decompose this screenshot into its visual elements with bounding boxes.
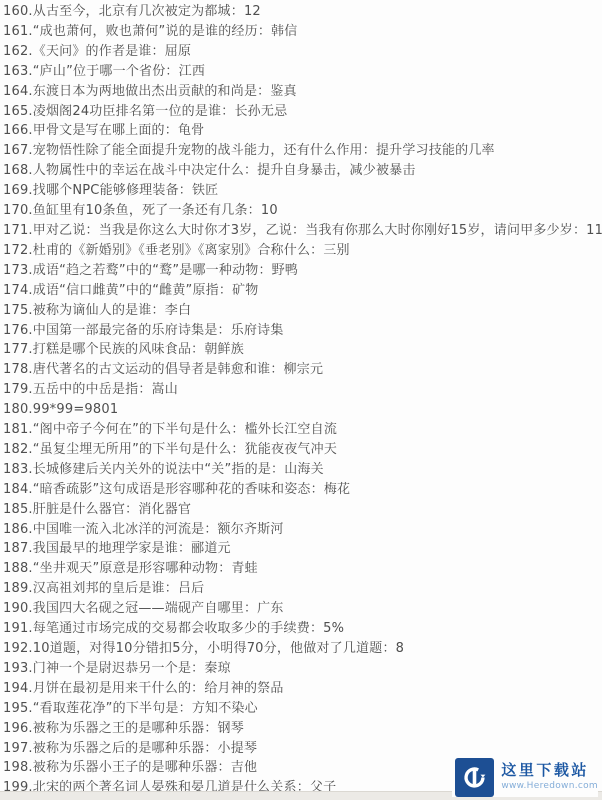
qa-line: 184.“暗香疏影”这句成语是形容哪种花的香味和姿态：梅花 <box>3 480 600 500</box>
qa-line: 190.我国四大名砚之冠——端砚产自哪里：广东 <box>3 599 600 619</box>
qa-line: 182.“虽复尘埋无所用”的下半句是什么：犹能夜夜气冲天 <box>3 440 600 460</box>
qa-line: 171.甲对乙说：当我是你这么大时你才3岁，乙说：当我有你那么大时你刚好15岁，… <box>3 221 600 241</box>
qa-line: 189.汉高祖刘邦的皇后是谁：吕后 <box>3 579 600 599</box>
qa-line: 161.“成也萧何，败也萧何”说的是谁的经历：韩信 <box>3 22 600 42</box>
qa-line: 173.成语“趋之若鹜”中的“鹜”是哪一种动物：野鸭 <box>3 261 600 281</box>
qa-line: 169.找哪个NPC能够修理装备：铁匠 <box>3 181 600 201</box>
qa-line: 178.唐代著名的古文运动的倡导者是韩愈和谁：柳宗元 <box>3 360 600 380</box>
qa-line: 180.99*99=9801 <box>3 400 600 420</box>
qa-line: 160.从古至今，北京有几次被定为都城：12 <box>3 2 600 22</box>
qa-line: 175.被称为谪仙人的是谁：李白 <box>3 301 600 321</box>
qa-line: 167.宠物悟性除了能全面提升宠物的战斗能力，还有什么作用：提升学习技能的几率 <box>3 141 600 161</box>
qa-line: 177.打糕是哪个民族的风味食品：朝鲜族 <box>3 340 600 360</box>
qa-line: 163.“庐山”位于哪一个省份：江西 <box>3 62 600 82</box>
qa-line: 183.长城修建后关内关外的说法中“关”指的是：山海关 <box>3 460 600 480</box>
qa-line: 194.月饼在最初是用来干什么的：给月神的祭品 <box>3 679 600 699</box>
qa-line: 192.10道题，对得10分错扣5分，小明得70分，他做对了几道题：8 <box>3 639 600 659</box>
qa-line: 187.我国最早的地理学家是谁：郦道元 <box>3 539 600 559</box>
watermark-site-name: 这里下载站 <box>501 762 598 779</box>
qa-line: 170.鱼缸里有10条鱼，死了一条还有几条：10 <box>3 201 600 221</box>
heredown-logo-icon <box>455 758 494 797</box>
qa-line: 168.人物属性中的幸运在战斗中决定什么：提升自身暴击，减少被暴击 <box>3 161 600 181</box>
watermark-site-url: www.Heredown.com <box>501 781 598 791</box>
qa-line: 186.中国唯一流入北冰洋的河流是：额尔齐斯河 <box>3 520 600 540</box>
qa-line: 179.五岳中的中岳是指：嵩山 <box>3 380 600 400</box>
qa-line: 181.“阁中帝子今何在”的下半句是什么：槛外长江空自流 <box>3 420 600 440</box>
qa-line: 164.东渡日本为两地做出杰出贡献的和尚是：鉴真 <box>3 82 600 102</box>
qa-line: 195.“看取莲花净”的下半句是：方知不染心 <box>3 699 600 719</box>
qa-line: 174.成语“信口雌黄”中的“雌黄”原指：矿物 <box>3 281 600 301</box>
qa-line: 191.每笔通过市场完成的交易都会收取多少的手续费：5% <box>3 619 600 639</box>
site-watermark: 这里下载站 www.Heredown.com <box>452 758 598 797</box>
qa-line: 165.凌烟阁24功臣排名第一位的是谁：长孙无忌 <box>3 102 600 122</box>
qa-line: 193.门神一个是尉迟恭另一个是：秦琼 <box>3 659 600 679</box>
qa-line: 176.中国第一部最完备的乐府诗集是：乐府诗集 <box>3 321 600 341</box>
qa-line: 166.甲骨文是写在哪上面的：龟骨 <box>3 121 600 141</box>
watermark-text: 这里下载站 www.Heredown.com <box>501 758 598 791</box>
qa-line: 188.“坐井观天”原意是形容哪种动物：青蛙 <box>3 559 600 579</box>
qa-list: 160.从古至今，北京有几次被定为都城：12161.“成也萧何，败也萧何”说的是… <box>0 0 602 798</box>
qa-line: 196.被称为乐器之王的是哪种乐器：钢琴 <box>3 719 600 739</box>
qa-line: 197.被称为乐器之后的是哪种乐器：小提琴 <box>3 739 600 759</box>
qa-line: 162.《天问》的作者是谁：屈原 <box>3 42 600 62</box>
qa-line: 185.肝脏是什么器官：消化器官 <box>3 500 600 520</box>
qa-line: 172.杜甫的《新婚别》《垂老别》《离家别》合称什么：三别 <box>3 241 600 261</box>
